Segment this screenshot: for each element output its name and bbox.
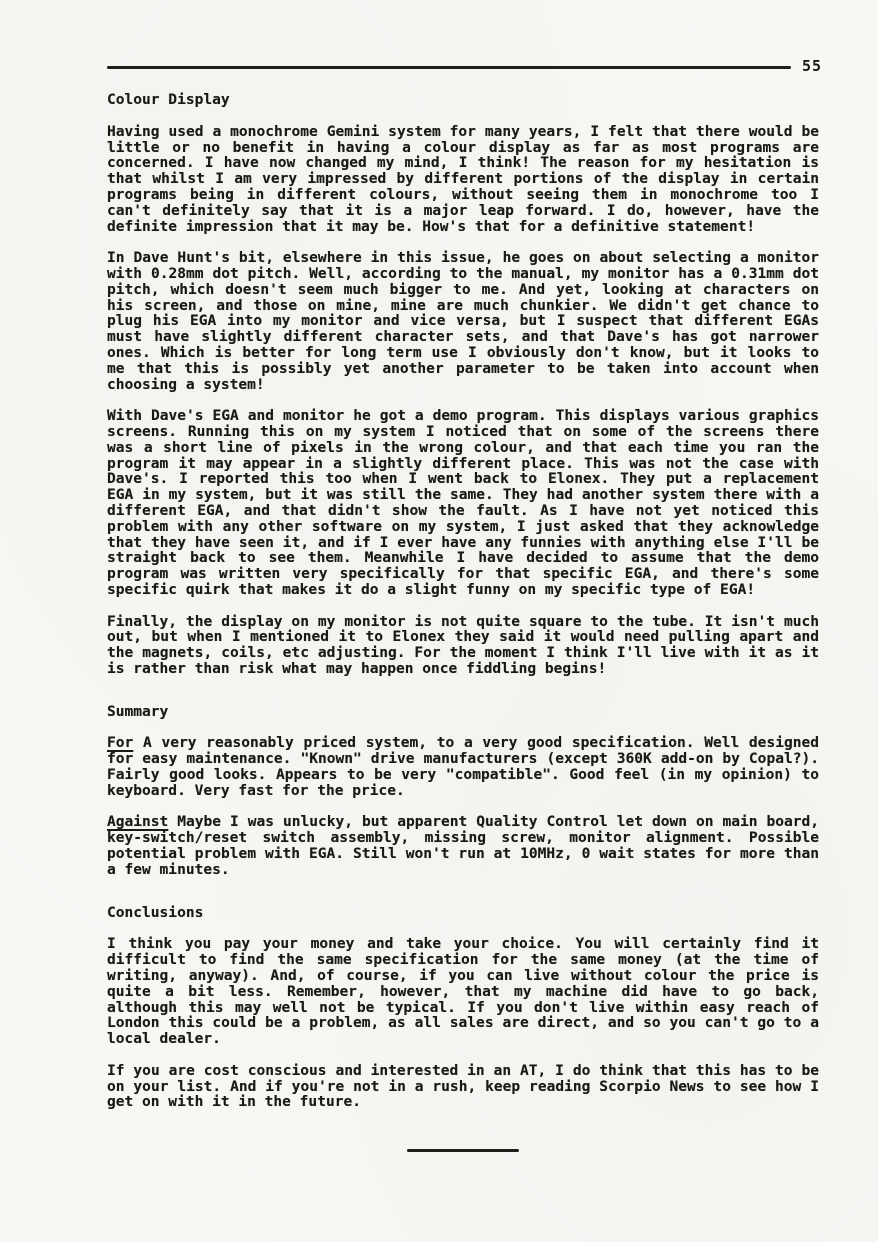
scanned-document-page: 55 Colour Display Having used a monochro… [0, 0, 878, 1242]
page-number: 55 [802, 57, 822, 75]
end-of-article-rule [407, 1149, 519, 1152]
paragraph-summary-against: Against Maybe I was unlucky, but apparen… [107, 814, 819, 877]
page-header: 55 [107, 58, 822, 76]
section-heading-conclusions: Conclusions [107, 905, 819, 921]
paragraph-summary-for-text: A very reasonably priced system, to a ve… [107, 734, 819, 798]
paragraph-summary-against-text: Maybe I was unlucky, but apparent Qualit… [107, 813, 819, 877]
header-rule [107, 66, 791, 69]
paragraph-colour-display-3: With Dave's EGA and monitor he got a dem… [107, 408, 819, 598]
paragraph-colour-display-2: In Dave Hunt's bit, elsewhere in this is… [107, 250, 819, 392]
section-heading-summary: Summary [107, 704, 819, 720]
section-heading-colour-display: Colour Display [107, 92, 819, 108]
against-lead-word: Against [107, 813, 168, 830]
paragraph-conclusions-2: If you are cost conscious and interested… [107, 1063, 819, 1110]
paragraph-summary-for: For A very reasonably priced system, to … [107, 735, 819, 798]
paragraph-colour-display-1: Having used a monochrome Gemini system f… [107, 124, 819, 235]
paragraph-conclusions-1: I think you pay your money and take your… [107, 936, 819, 1047]
paragraph-colour-display-4: Finally, the display on my monitor is no… [107, 614, 819, 677]
article-body: Colour Display Having used a monochrome … [107, 92, 819, 1152]
for-lead-word: For [107, 734, 133, 751]
